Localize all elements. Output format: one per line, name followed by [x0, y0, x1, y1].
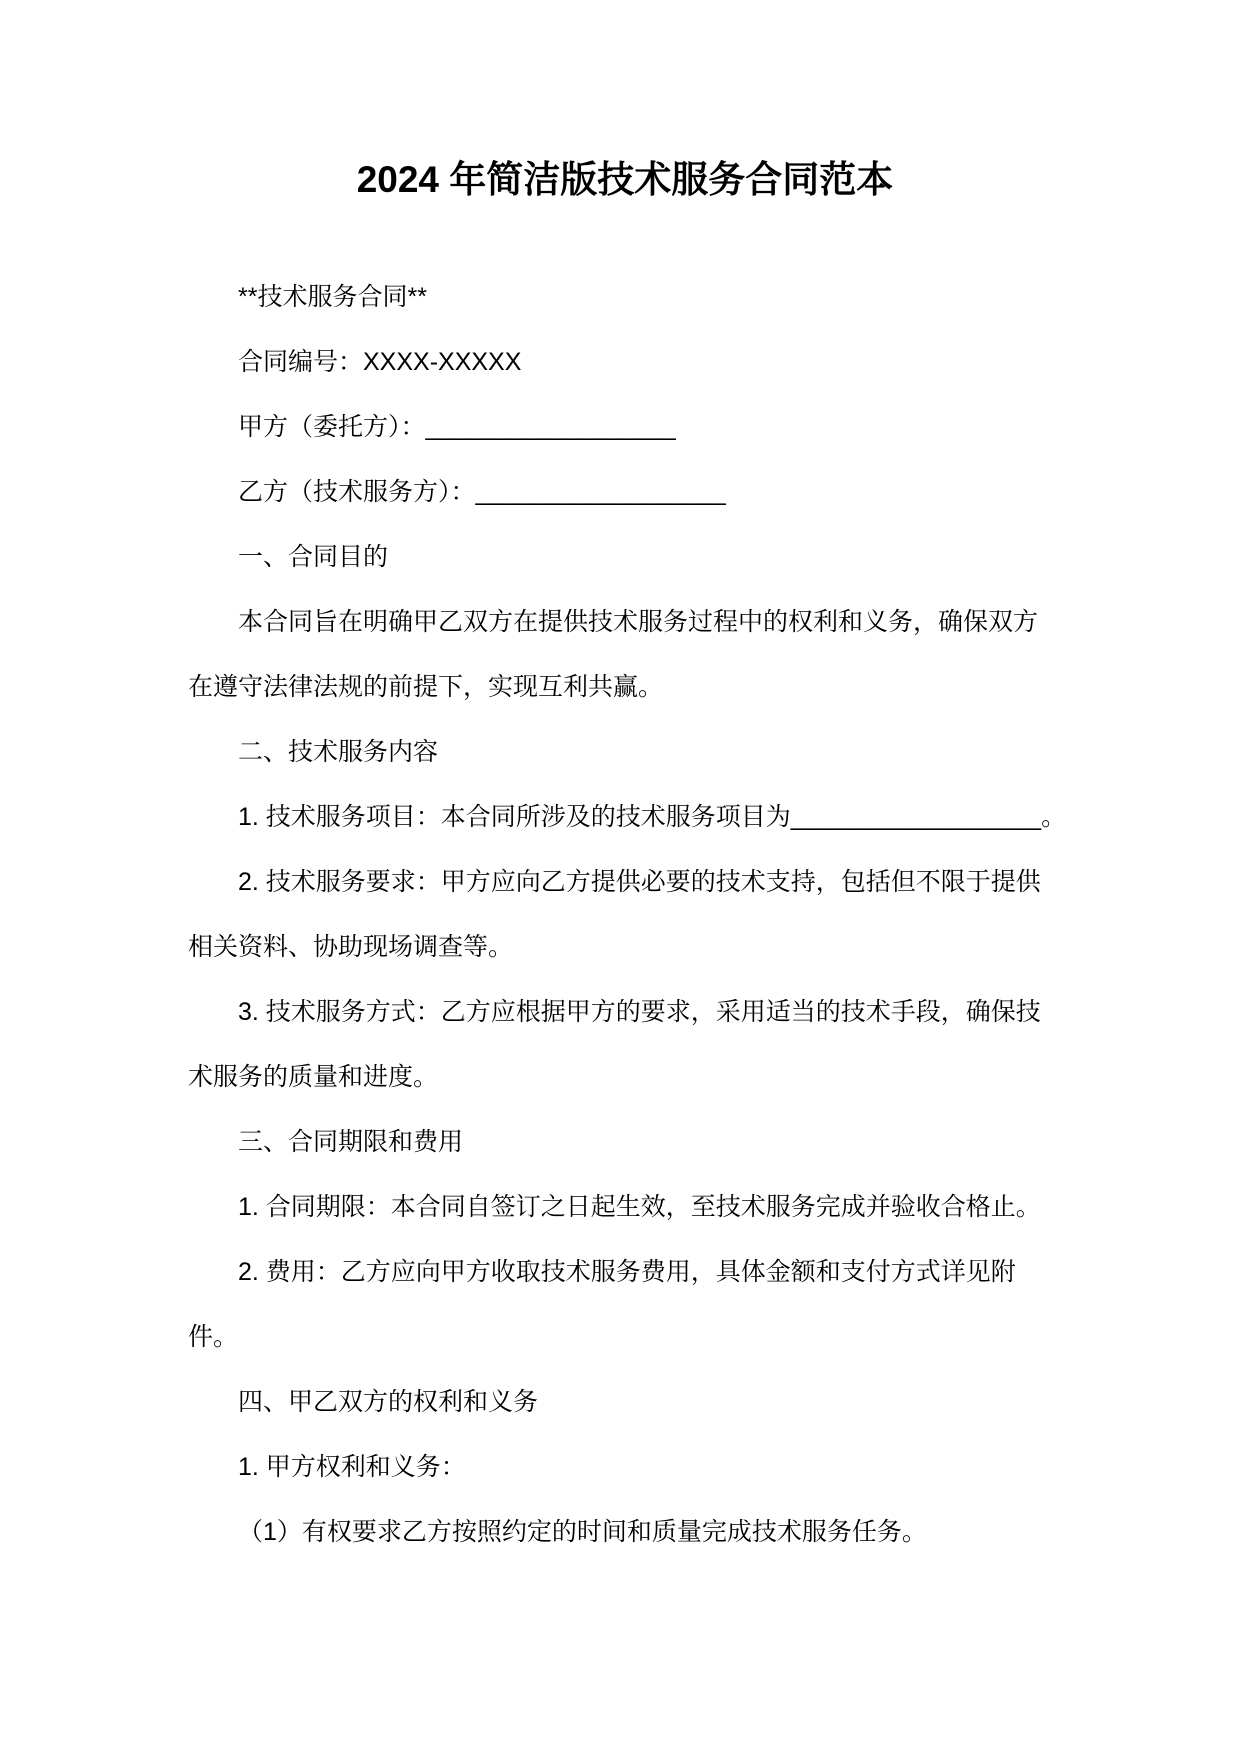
text-line-section-2-item-3b: 术服务的质量和进度。	[188, 1045, 1062, 1110]
text-line-section-1-body-2: 在遵守法律法规的前提下，实现互利共赢。	[188, 655, 1062, 720]
text-line-section-2-item-2a: 2. 技术服务要求：甲方应向乙方提供必要的技术支持，包括但不限于提供	[188, 850, 1062, 915]
text-line-section-2-item-1: 1. 技术服务项目：本合同所涉及的技术服务项目为________________…	[188, 785, 1062, 850]
text-line-party-b-blank: 乙方（技术服务方）：__________________	[188, 460, 1062, 525]
document-title: 2024 年简洁版技术服务合同范本	[188, 140, 1062, 220]
document-page: 2024 年简洁版技术服务合同范本 **技术服务合同** 合同编号：XXXX-X…	[0, 0, 1240, 1753]
text-line-section-2-heading: 二、技术服务内容	[188, 720, 1062, 785]
text-line-section-1-body-1: 本合同旨在明确甲乙双方在提供技术服务过程中的权利和义务，确保双方	[188, 590, 1062, 655]
text-line-section-2-item-3a: 3. 技术服务方式：乙方应根据甲方的要求，采用适当的技术手段，确保技	[188, 980, 1062, 1045]
text-line-section-1-heading: 一、合同目的	[188, 525, 1062, 590]
text-line-section-3-item-1: 1. 合同期限：本合同自签订之日起生效，至技术服务完成并验收合格止。	[188, 1175, 1062, 1240]
text-line-section-3-item-2a: 2. 费用：乙方应向甲方收取技术服务费用，具体金额和支付方式详见附	[188, 1240, 1062, 1305]
text-line-section-2-item-2b: 相关资料、协助现场调查等。	[188, 915, 1062, 980]
text-line-contract-heading: **技术服务合同**	[188, 265, 1062, 330]
text-line-section-4-heading: 四、甲乙双方的权利和义务	[188, 1370, 1062, 1435]
text-line-section-4-subitem-1: （1）有权要求乙方按照约定的时间和质量完成技术服务任务。	[188, 1500, 1062, 1565]
text-line-contract-number: 合同编号：XXXX-XXXXX	[188, 330, 1062, 395]
text-line-section-4-item-1: 1. 甲方权利和义务：	[188, 1435, 1062, 1500]
text-line-section-3-item-2b: 件。	[188, 1305, 1062, 1370]
text-line-party-a-blank: 甲方（委托方）：__________________	[188, 395, 1062, 460]
document-body: **技术服务合同** 合同编号：XXXX-XXXXX 甲方（委托方）：_____…	[188, 265, 1062, 1565]
text-line-section-3-heading: 三、合同期限和费用	[188, 1110, 1062, 1175]
